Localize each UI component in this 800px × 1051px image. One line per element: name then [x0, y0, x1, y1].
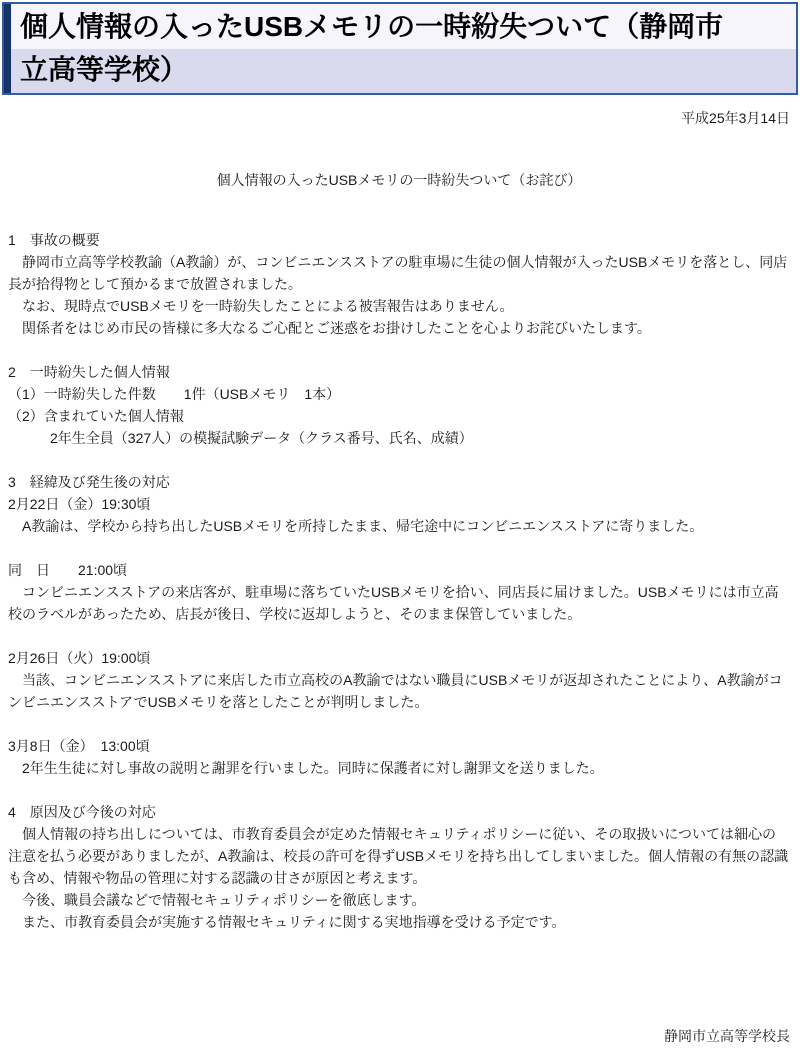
timeline-event: 同 日 21:00頃 コンビニエンスストアの来店客が、駐車場に落ちていたUSBメ…: [8, 559, 790, 625]
section-cause-and-response: 4 原因及び今後の対応 個人情報の持ち出しについては、市教育委員会が定めた情報セ…: [8, 801, 790, 933]
section-heading: 3 経緯及び発生後の対応: [8, 471, 790, 493]
signature: 静岡市立高等学校長: [8, 1025, 790, 1047]
document-body: 平成25年3月14日 個人情報の入ったUSBメモリの一時紛失ついて（お詫び） 1…: [0, 107, 800, 1051]
timeline-event: 2月22日（金）19:30頃 A教諭は、学校から持ち出したUSBメモリを所持した…: [8, 493, 790, 537]
event-description: コンビニエンスストアの来店客が、駐車場に落ちていたUSBメモリを拾い、同店長に届…: [8, 581, 790, 625]
event-description: 当該、コンビニエンスストアに来店した市立高校のA教諭ではない職員にUSBメモリが…: [8, 669, 790, 713]
document-title-banner: 個人情報の入ったUSBメモリの一時紛失ついて（静岡市立高等学校）: [2, 2, 798, 95]
event-timestamp: 3月8日（金） 13:00頃: [8, 735, 790, 757]
event-description: 2年生生徒に対し事故の説明と謝罪を行いました。同時に保護者に対し謝罪文を送りまし…: [8, 757, 790, 779]
section-heading: 2 一時紛失した個人情報: [8, 361, 790, 383]
event-timestamp: 同 日 21:00頃: [8, 559, 790, 581]
section-accident-overview: 1 事故の概要 静岡市立高等学校教諭（A教諭）が、コンビニエンスストアの駐車場に…: [8, 229, 790, 339]
paragraph: 個人情報の持ち出しについては、市教育委員会が定めた情報セキュリティポリシーに従い…: [8, 823, 790, 889]
paragraph: また、市教育委員会が実施する情報セキュリティに関する実地指導を受ける予定です。: [8, 911, 790, 933]
document-date: 平成25年3月14日: [8, 107, 790, 129]
list-item: （1）一時紛失した件数 1件（USBメモリ 1本）: [8, 383, 790, 405]
timeline-event: 3月8日（金） 13:00頃 2年生生徒に対し事故の説明と謝罪を行いました。同時…: [8, 735, 790, 779]
list-item: （2）含まれていた個人情報: [8, 405, 790, 427]
event-timestamp: 2月26日（火）19:00頃: [8, 647, 790, 669]
section-timeline: 3 経緯及び発生後の対応 2月22日（金）19:30頃 A教諭は、学校から持ち出…: [8, 471, 790, 779]
event-timestamp: 2月22日（金）19:30頃: [8, 493, 790, 515]
paragraph: なお、現時点でUSBメモリを一時紛失したことによる被害報告はありません。: [8, 295, 790, 317]
document-subtitle: 個人情報の入ったUSBメモリの一時紛失ついて（お詫び）: [8, 169, 790, 191]
paragraph: 関係者をはじめ市民の皆様に多大なるご心配とご迷惑をお掛けしたことを心よりお詫びい…: [8, 317, 790, 339]
event-description: A教諭は、学校から持ち出したUSBメモリを所持したまま、帰宅途中にコンビニエンス…: [8, 515, 790, 537]
list-item: 2年生全員（327人）の模擬試験データ（クラス番号、氏名、成績）: [8, 427, 790, 449]
section-heading: 4 原因及び今後の対応: [8, 801, 790, 823]
section-lost-personal-info: 2 一時紛失した個人情報 （1）一時紛失した件数 1件（USBメモリ 1本） （…: [8, 361, 790, 449]
timeline-event: 2月26日（火）19:00頃 当該、コンビニエンスストアに来店した市立高校のA教…: [8, 647, 790, 713]
paragraph: 静岡市立高等学校教諭（A教諭）が、コンビニエンスストアの駐車場に生徒の個人情報が…: [8, 251, 790, 295]
page-title: 個人情報の入ったUSBメモリの一時紛失ついて（静岡市立高等学校）: [4, 4, 738, 93]
incident-report-document: 個人情報の入ったUSBメモリの一時紛失ついて（静岡市立高等学校） 平成25年3月…: [0, 2, 800, 1051]
paragraph: 今後、職員会議などで情報セキュリティポリシーを徹底します。: [8, 889, 790, 911]
section-heading: 1 事故の概要: [8, 229, 790, 251]
